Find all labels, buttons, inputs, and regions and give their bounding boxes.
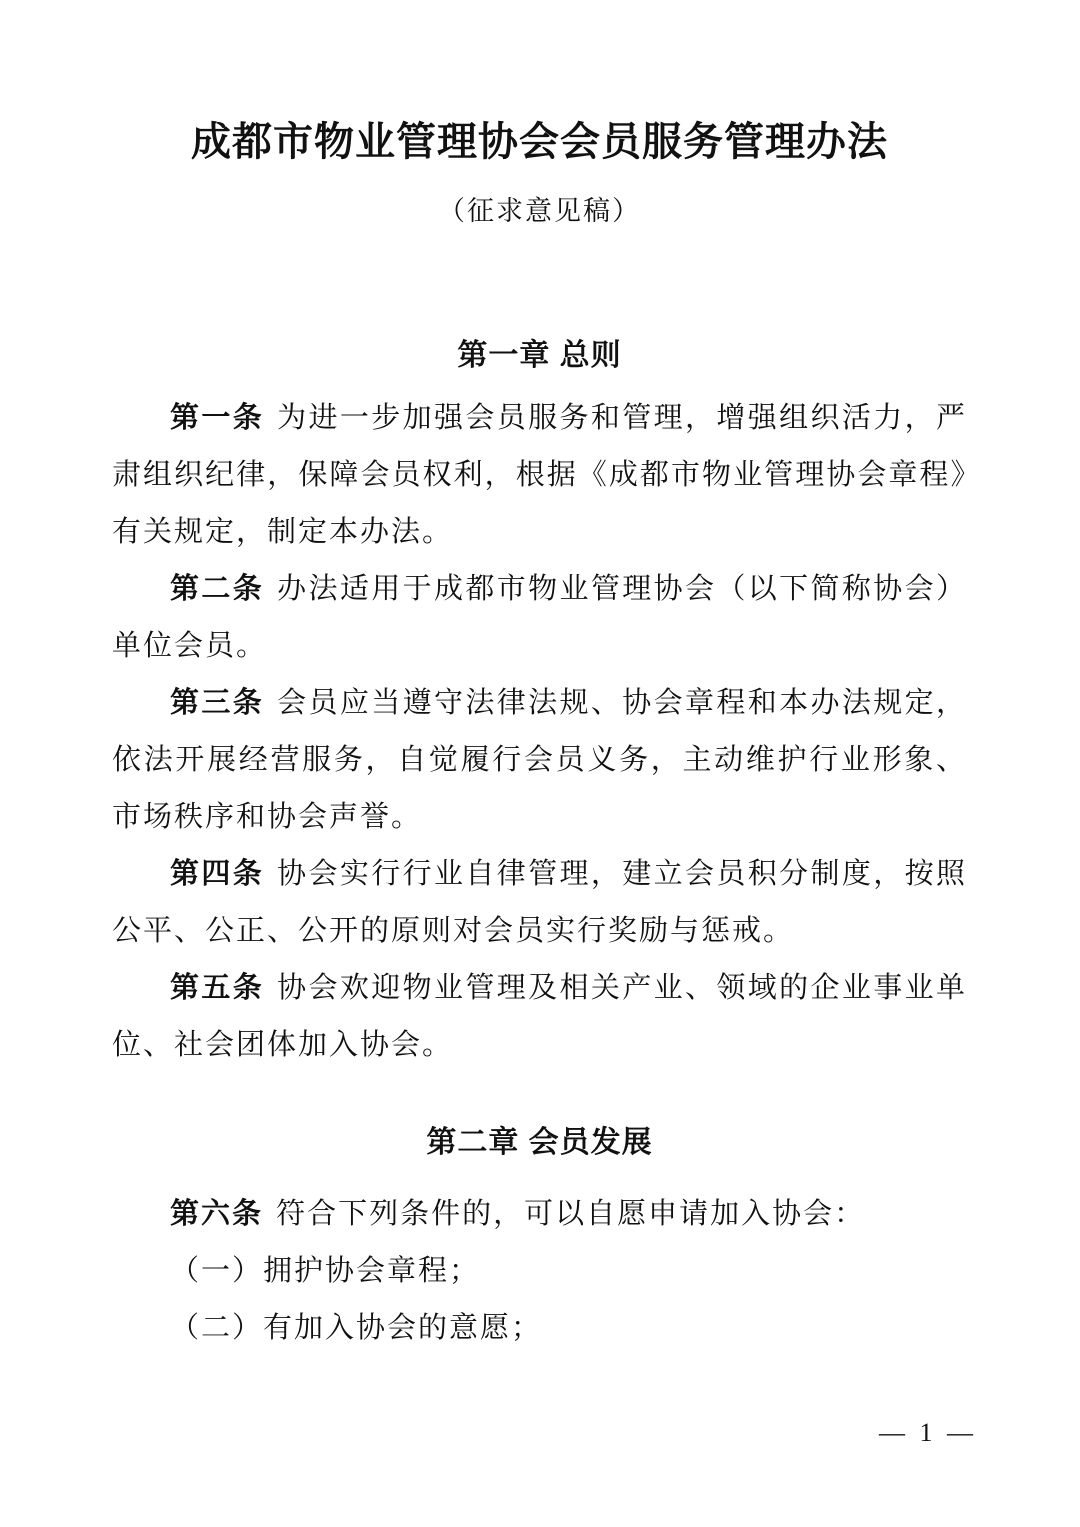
article-2-label: 第二条 xyxy=(170,573,264,605)
document-page: 成都市物业管理协会会员服务管理办法 （征求意见稿） 第一章 总则 第一条为进一步… xyxy=(0,0,1080,1527)
condition-item-2: （二）有加入协会的意愿； xyxy=(112,1300,967,1357)
article-1-label: 第一条 xyxy=(170,402,264,434)
article-4-label: 第四条 xyxy=(170,858,264,890)
chapter-1-heading: 第一章 总则 xyxy=(112,336,967,376)
document-title: 成都市物业管理协会会员服务管理办法 xyxy=(112,118,967,166)
article-3-label: 第三条 xyxy=(170,687,264,719)
article-2: 第二条办法适用于成都市物业管理协会（以下简称协会）单位会员。 xyxy=(112,561,967,675)
article-5-label: 第五条 xyxy=(170,972,264,1004)
article-1: 第一条为进一步加强会员服务和管理，增强组织活力，严肃组织纪律，保障会员权利，根据… xyxy=(112,390,967,561)
article-4: 第四条协会实行行业自律管理，建立会员积分制度，按照公平、公正、公开的原则对会员实… xyxy=(112,846,967,960)
article-6-text: 符合下列条件的，可以自愿申请加入协会： xyxy=(276,1198,865,1230)
article-6-label: 第六条 xyxy=(170,1198,263,1230)
page-number: — 1 — xyxy=(879,1418,977,1448)
article-5: 第五条协会欢迎物业管理及相关产业、领域的企业事业单位、社会团体加入协会。 xyxy=(112,960,967,1074)
condition-item-1: （一）拥护协会章程； xyxy=(112,1243,967,1300)
document-subtitle: （征求意见稿） xyxy=(112,194,967,228)
article-3: 第三条会员应当遵守法律法规、协会章程和本办法规定，依法开展经营服务，自觉履行会员… xyxy=(112,675,967,846)
chapter-2-body: 第六条符合下列条件的，可以自愿申请加入协会： （一）拥护协会章程； （二）有加入… xyxy=(112,1186,967,1357)
chapter-1-body: 第一条为进一步加强会员服务和管理，增强组织活力，严肃组织纪律，保障会员权利，根据… xyxy=(112,390,967,1074)
chapter-2-heading: 第二章 会员发展 xyxy=(112,1123,967,1163)
article-6: 第六条符合下列条件的，可以自愿申请加入协会： xyxy=(112,1186,967,1243)
